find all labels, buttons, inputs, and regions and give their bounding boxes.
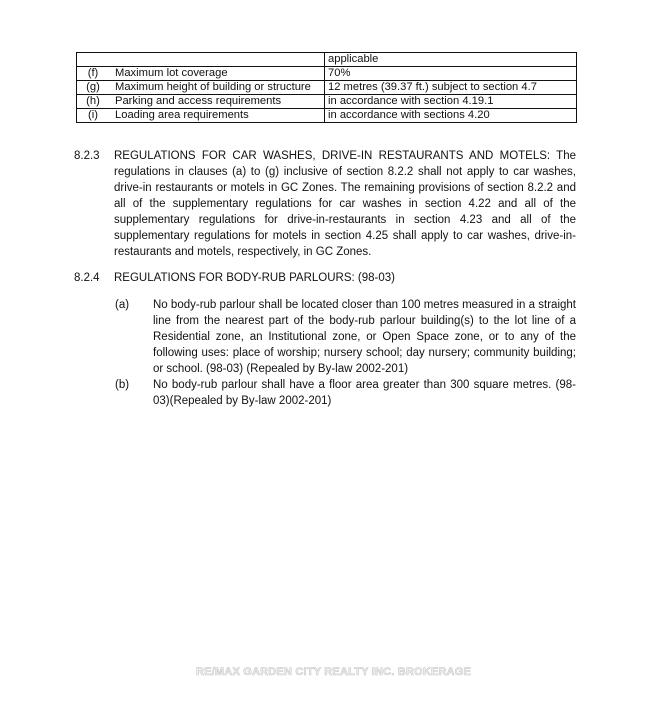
section-number: 8.2.4 — [74, 270, 100, 286]
clause-b: (b) No body-rub parlour shall have a flo… — [115, 377, 576, 409]
row-label: Maximum lot coverage — [105, 67, 325, 81]
section-8-2-4: 8.2.4 REGULATIONS FOR BODY-RUB PARLOURS:… — [74, 270, 576, 286]
row-value: applicable — [325, 53, 577, 67]
row-label: Loading area requirements — [105, 109, 325, 123]
row-letter: (f) — [77, 67, 106, 81]
regulations-table: applicable (f) Maximum lot coverage 70% … — [76, 52, 577, 123]
row-label: Parking and access requirements — [105, 95, 325, 109]
row-label — [105, 53, 325, 67]
section-number: 8.2.3 — [74, 148, 100, 164]
row-letter: (i) — [77, 109, 106, 123]
row-value: in accordance with sections 4.20 — [325, 109, 577, 123]
row-letter: (g) — [77, 81, 106, 95]
section-title: REGULATIONS FOR BODY-RUB PARLOURS: (98-0… — [114, 270, 576, 286]
row-letter: (h) — [77, 95, 106, 109]
table-row: (f) Maximum lot coverage 70% — [77, 67, 577, 81]
row-value: 70% — [325, 67, 577, 81]
row-label: Maximum height of building or structure — [105, 81, 325, 95]
row-value: in accordance with section 4.19.1 — [325, 95, 577, 109]
row-value: 12 metres (39.37 ft.) subject to section… — [325, 81, 577, 95]
section-body: REGULATIONS FOR CAR WASHES, DRIVE-IN RES… — [114, 148, 576, 260]
row-letter — [77, 53, 106, 67]
table-row: applicable — [77, 53, 577, 67]
section-8-2-3: 8.2.3 REGULATIONS FOR CAR WASHES, DRIVE-… — [74, 148, 576, 260]
clause-a: (a) No body-rub parlour shall be located… — [115, 297, 576, 377]
table-row: (h) Parking and access requirements in a… — [77, 95, 577, 109]
table-row: (g) Maximum height of building or struct… — [77, 81, 577, 95]
table-row: (i) Loading area requirements in accorda… — [77, 109, 577, 123]
clause-text: No body-rub parlour shall have a floor a… — [153, 377, 576, 409]
document-page: applicable (f) Maximum lot coverage 70% … — [0, 0, 651, 728]
brokerage-watermark: RE/MAX GARDEN CITY REALTY INC. BROKERAGE — [196, 666, 458, 678]
clause-letter: (b) — [115, 377, 129, 393]
clause-letter: (a) — [115, 297, 129, 313]
section-8-2-4-clauses: (a) No body-rub parlour shall be located… — [115, 297, 576, 409]
clause-text: No body-rub parlour shall be located clo… — [153, 297, 576, 377]
